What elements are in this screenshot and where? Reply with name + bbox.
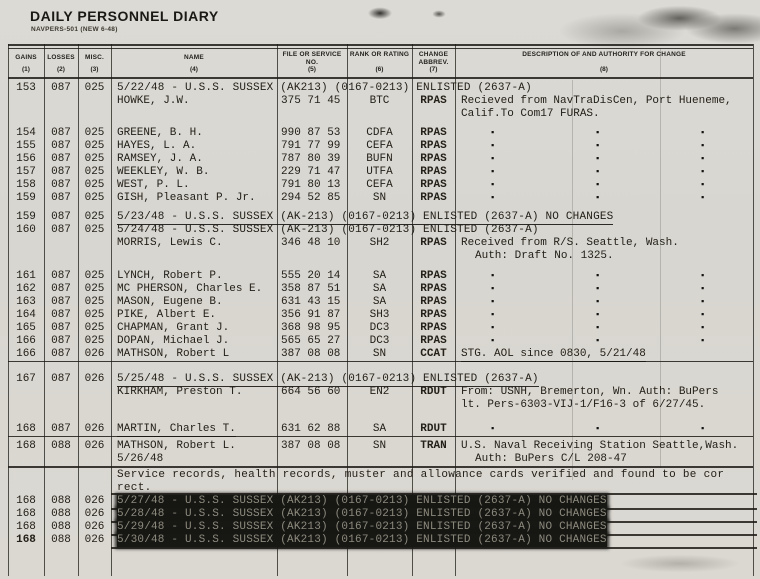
ditto-mark: ▪ — [700, 309, 710, 322]
gain-number: 168 — [8, 534, 44, 547]
section-heading: 5/22/48 - U.S.S. SUSSEX (AK213) (0167-02… — [117, 82, 532, 95]
diary-row: 160 087 025 5/24/48 - U.S.S. SUSSEX (AK-… — [0, 224, 760, 237]
misc-number: 025 — [78, 179, 111, 192]
gain-number: 154 — [8, 127, 44, 140]
service-number: 631 62 88 — [281, 423, 340, 436]
service-number: 358 87 51 — [281, 283, 340, 296]
rank-rating: SA — [347, 270, 412, 283]
rank-rating: CEFA — [347, 179, 412, 192]
gain-number: 168 — [8, 521, 44, 534]
change-abbrev: RPAS — [412, 179, 455, 192]
change-abbrev: RPAS — [412, 237, 455, 250]
person-name: DOPAN, Michael J. — [117, 335, 229, 348]
ditto-mark: ▪ — [595, 153, 605, 166]
person-name: MORRIS, Lewis C. — [117, 237, 223, 250]
gain-number: 155 — [8, 140, 44, 153]
change-description: Recieved from NavTraDisCen, Port Hueneme… — [461, 95, 732, 108]
service-number: 791 77 99 — [281, 140, 340, 153]
loss-number: 087 — [44, 423, 78, 436]
ditto-mark: ▪ — [490, 192, 500, 205]
rank-rating: DC3 — [347, 322, 412, 335]
diary-row: 5/26/48 Auth: BuPers C/L 208-47 — [0, 453, 760, 466]
rank-rating: BTC — [347, 95, 412, 108]
loss-number: 087 — [44, 179, 78, 192]
change-description: Calif.To Com17 FURAS. — [461, 108, 600, 121]
ditto-mark: ▪ — [700, 153, 710, 166]
misc-number: 026 — [78, 423, 111, 436]
ditto-mark: ▪ — [700, 192, 710, 205]
misc-number: 025 — [78, 309, 111, 322]
loss-number: 088 — [44, 534, 78, 547]
gain-number: 166 — [8, 348, 44, 361]
loss-number: 087 — [44, 140, 78, 153]
ditto-mark: ▪ — [700, 283, 710, 296]
diary-row: rect. — [0, 482, 760, 495]
ditto-mark: ▪ — [700, 127, 710, 140]
change-description: U.S. Naval Receiving Station Seattle,Was… — [461, 440, 738, 453]
diary-row: 159 087 025 5/23/48 - U.S.S. SUSSEX (AK-… — [0, 211, 760, 224]
diary-row: 166 087 025 DOPAN, Michael J. 565 65 27 … — [0, 335, 760, 348]
misc-number: 025 — [78, 322, 111, 335]
rank-rating: UTFA — [347, 166, 412, 179]
ditto-mark: ▪ — [490, 283, 500, 296]
service-number: 565 65 27 — [281, 335, 340, 348]
loss-number: 088 — [44, 440, 78, 453]
change-abbrev: RDUT — [412, 423, 455, 436]
person-name: MATHSON, Robert L — [117, 348, 229, 361]
rank-rating: SH2 — [347, 237, 412, 250]
col-header-change-abbrev: CHANGE ABBREV. — [412, 51, 455, 67]
table-border-line — [8, 466, 753, 468]
person-name: MATHSON, Robert L. — [117, 440, 236, 453]
misc-number: 026 — [78, 495, 111, 508]
gain-number: 160 — [8, 224, 44, 237]
misc-number: 025 — [78, 283, 111, 296]
col-header-losses: LOSSES — [44, 54, 78, 62]
diary-row: 161 087 025 LYNCH, Robert P. 555 20 14 S… — [0, 270, 760, 283]
loss-number: 087 — [44, 224, 78, 237]
table-border-line — [8, 77, 753, 79]
service-number: 631 43 15 — [281, 296, 340, 309]
ditto-mark: ▪ — [595, 296, 605, 309]
misc-number: 025 — [78, 82, 111, 95]
rank-rating: SN — [347, 192, 412, 205]
person-name: MARTIN, Charles T. — [117, 423, 236, 437]
change-description: Auth: BuPers C/L 208-47 — [475, 453, 627, 466]
section-heading: 5/29/48 - U.S.S. SUSSEX (AK213) (0167-02… — [117, 521, 607, 534]
ditto-mark: ▪ — [490, 153, 500, 166]
ditto-mark: ▪ — [595, 166, 605, 179]
ditto-mark: ▪ — [700, 423, 710, 436]
form-title: DAILY PERSONNEL DIARY — [30, 8, 219, 24]
ditto-mark: ▪ — [595, 283, 605, 296]
misc-number: 026 — [78, 373, 111, 386]
change-abbrev: RPAS — [412, 192, 455, 205]
diary-row: 167 087 026 5/25/48 - U.S.S. SUSSEX (AK-… — [0, 373, 760, 386]
col-num-losses: (2) — [44, 66, 78, 73]
misc-number: 025 — [78, 296, 111, 309]
ditto-mark: ▪ — [595, 335, 605, 348]
rank-rating: CEFA — [347, 140, 412, 153]
diary-row: 157 087 025 WEEKLEY, W. B. 229 71 47 UTF… — [0, 166, 760, 179]
scan-noise — [426, 6, 452, 22]
change-abbrev: RPAS — [412, 283, 455, 296]
gain-number: 163 — [8, 296, 44, 309]
misc-number: 026 — [78, 348, 111, 361]
person-name: GREENE, B. H. — [117, 127, 203, 140]
section-heading: 5/23/48 - U.S.S. SUSSEX (AK-213) (0167-0… — [117, 211, 613, 225]
gain-number: 159 — [8, 192, 44, 205]
section-heading: 5/30/48 - U.S.S. SUSSEX (AK213) (0167-02… — [117, 534, 607, 547]
diary-row: Auth: Draft No. 1325. — [0, 250, 760, 263]
gain-number: 162 — [8, 283, 44, 296]
service-number: 990 87 53 — [281, 127, 340, 140]
gain-number: 153 — [8, 82, 44, 95]
ditto-mark: ▪ — [490, 179, 500, 192]
col-header-service-no: FILE OR SERVICE NO. — [277, 51, 347, 67]
form-number: NAVPERS-501 (NEW 6-48) — [31, 26, 118, 33]
gain-number: 157 — [8, 166, 44, 179]
change-description: Auth: Draft No. 1325. — [475, 250, 614, 263]
scan-noise — [356, 0, 404, 24]
service-number: 368 98 95 — [281, 322, 340, 335]
diary-row: 158 087 025 WEST, P. L. 791 80 13 CEFA R… — [0, 179, 760, 192]
misc-number: 025 — [78, 192, 111, 205]
rank-rating: SA — [347, 283, 412, 296]
diary-row: 159 087 025 GISH, Pleasant P. Jr. 294 52… — [0, 192, 760, 205]
misc-number: 025 — [78, 153, 111, 166]
col-num-gains: (1) — [8, 66, 44, 73]
ditto-mark: ▪ — [490, 127, 500, 140]
diary-row: Service records, health records, muster … — [0, 469, 760, 482]
col-header-gains: GAINS — [8, 54, 44, 62]
diary-row: KIRKHAM, Preston T. 664 56 60 EN2 RDUT F… — [0, 386, 760, 399]
change-abbrev: RPAS — [412, 127, 455, 140]
loss-number: 088 — [44, 521, 78, 534]
scanned-daily-personnel-diary: DAILY PERSONNEL DIARY NAVPERS-501 (NEW 6… — [0, 0, 760, 579]
ditto-mark: ▪ — [595, 309, 605, 322]
diary-row: 156 087 025 RAMSEY, J. A. 787 80 39 BUFN… — [0, 153, 760, 166]
ditto-mark: ▪ — [595, 140, 605, 153]
loss-number: 088 — [44, 508, 78, 521]
change-description: Received from R/S. Seattle, Wash. — [461, 237, 679, 250]
loss-number: 087 — [44, 153, 78, 166]
ditto-mark: ▪ — [595, 270, 605, 283]
person-name: GISH, Pleasant P. Jr. — [117, 192, 256, 205]
gain-number: 168 — [8, 495, 44, 508]
person-name: CHAPMAN, Grant J. — [117, 322, 229, 335]
ditto-mark: ▪ — [490, 270, 500, 283]
service-number: 387 08 08 — [281, 440, 340, 453]
loss-number: 087 — [44, 82, 78, 95]
diary-row: HOWKE, J.W. 375 71 45 BTC RPAS Recieved … — [0, 95, 760, 108]
misc-number: 025 — [78, 211, 111, 224]
gain-number: 165 — [8, 322, 44, 335]
rank-rating: SN — [347, 440, 412, 453]
ditto-mark: ▪ — [700, 322, 710, 335]
misc-number: 025 — [78, 224, 111, 237]
rank-rating: DC3 — [347, 335, 412, 348]
person-name: HAYES, L. A. — [117, 140, 196, 153]
person-name: WEEKLEY, W. B. — [117, 166, 209, 179]
diary-row: 168 088 026 5/29/48 - U.S.S. SUSSEX (AK2… — [0, 521, 760, 534]
change-abbrev: RPAS — [412, 322, 455, 335]
gain-number: 168 — [8, 508, 44, 521]
verification-note: rect. — [117, 482, 152, 496]
scan-noise — [600, 548, 760, 579]
col-header-misc: MISC. — [78, 54, 111, 62]
change-description: From: USNH, Bremerton, Wn. Auth: BuPers — [461, 386, 718, 399]
misc-number: 026 — [78, 521, 111, 534]
diary-row: lt. Pers-6303-VIJ-1/F16-3 of 6/27/45. — [0, 399, 760, 412]
loss-number: 087 — [44, 211, 78, 224]
change-description: STG. AOL since 0830, 5/21/48 — [461, 348, 646, 362]
loss-number: 087 — [44, 127, 78, 140]
service-number: 664 56 60 — [281, 386, 340, 399]
ditto-mark: ▪ — [595, 192, 605, 205]
loss-number: 087 — [44, 166, 78, 179]
service-number: 787 80 39 — [281, 153, 340, 166]
col-header-rank: RANK OR RATING — [347, 51, 412, 59]
loss-number: 087 — [44, 296, 78, 309]
col-num-misc: (3) — [78, 66, 111, 73]
col-num-name: (4) — [111, 66, 277, 73]
change-abbrev: CCAT — [412, 348, 455, 361]
ditto-mark: ▪ — [595, 127, 605, 140]
misc-number: 025 — [78, 166, 111, 179]
table-border-line — [111, 547, 757, 549]
ditto-mark: ▪ — [700, 140, 710, 153]
gain-number: 168 — [8, 423, 44, 436]
section-heading: 5/28/48 - U.S.S. SUSSEX (AK213) (0167-02… — [117, 508, 607, 521]
ditto-mark: ▪ — [490, 166, 500, 179]
misc-number: 026 — [78, 440, 111, 453]
ditto-mark: ▪ — [700, 179, 710, 192]
change-abbrev: RPAS — [412, 296, 455, 309]
loss-number: 087 — [44, 373, 78, 386]
col-num-description: (8) — [455, 66, 753, 73]
section-heading: 5/27/48 - U.S.S. SUSSEX (AK213) (0167-02… — [117, 495, 607, 508]
service-number: 356 91 87 — [281, 309, 340, 322]
change-abbrev: RPAS — [412, 309, 455, 322]
misc-number: 025 — [78, 140, 111, 153]
change-abbrev: RPAS — [412, 153, 455, 166]
person-name: RAMSEY, J. A. — [117, 153, 203, 166]
misc-number: 026 — [78, 508, 111, 521]
col-header-description: DESCRIPTION OF AND AUTHORITY FOR CHANGE — [455, 51, 753, 59]
loss-number: 088 — [44, 495, 78, 508]
person-name: MASON, Eugene B. — [117, 296, 223, 309]
misc-number: 025 — [78, 335, 111, 348]
diary-row: 163 087 025 MASON, Eugene B. 631 43 15 S… — [0, 296, 760, 309]
ditto-mark: ▪ — [595, 423, 605, 436]
diary-row: 168 087 026 MARTIN, Charles T. 631 62 88… — [0, 423, 760, 436]
diary-row: 162 087 025 MC PHERSON, Charles E. 358 8… — [0, 283, 760, 296]
service-number: 229 71 47 — [281, 166, 340, 179]
table-border-line — [8, 44, 753, 46]
change-abbrev: RPAS — [412, 95, 455, 108]
person-name: WEST, P. L. — [117, 179, 190, 192]
gain-number: 156 — [8, 153, 44, 166]
col-num-service-no: (5) — [277, 66, 347, 73]
ditto-mark: ▪ — [490, 309, 500, 322]
col-num-change-abbrev: (7) — [412, 66, 455, 73]
gain-number: 166 — [8, 335, 44, 348]
diary-row: 154 087 025 GREENE, B. H. 990 87 53 CDFA… — [0, 127, 760, 140]
rank-rating: EN2 — [347, 386, 412, 399]
misc-number: 026 — [78, 534, 111, 547]
ditto-mark: ▪ — [490, 322, 500, 335]
diary-row: 168 088 026 5/27/48 - U.S.S. SUSSEX (AK2… — [0, 495, 760, 508]
change-abbrev: RPAS — [412, 140, 455, 153]
change-abbrev: RPAS — [412, 335, 455, 348]
loss-number: 087 — [44, 335, 78, 348]
person-name: KIRKHAM, Preston T. — [117, 386, 242, 399]
diary-row: 164 087 025 PIKE, Albert E. 356 91 87 SH… — [0, 309, 760, 322]
rank-rating: CDFA — [347, 127, 412, 140]
person-name: PIKE, Albert E. — [117, 309, 216, 322]
person-name: HOWKE, J.W. — [117, 95, 190, 108]
ditto-mark: ▪ — [700, 335, 710, 348]
ditto-mark: ▪ — [700, 296, 710, 309]
diary-row: 165 087 025 CHAPMAN, Grant J. 368 98 95 … — [0, 322, 760, 335]
change-abbrev: TRAN — [412, 440, 455, 453]
change-description: lt. Pers-6303-VIJ-1/F16-3 of 6/27/45. — [461, 399, 705, 412]
gain-number: 159 — [8, 211, 44, 224]
misc-number: 025 — [78, 127, 111, 140]
gain-number: 167 — [8, 373, 44, 386]
change-abbrev: RPAS — [412, 270, 455, 283]
ditto-mark: ▪ — [490, 335, 500, 348]
service-number: 294 52 85 — [281, 192, 340, 205]
misc-number: 025 — [78, 270, 111, 283]
service-number: 375 71 45 — [281, 95, 340, 108]
service-number: 791 80 13 — [281, 179, 340, 192]
loss-number: 087 — [44, 309, 78, 322]
ditto-mark: ▪ — [595, 179, 605, 192]
ditto-mark: ▪ — [595, 322, 605, 335]
rank-rating: BUFN — [347, 153, 412, 166]
ditto-mark: ▪ — [700, 270, 710, 283]
section-heading: 5/24/48 - U.S.S. SUSSEX (AK-213) (0167-0… — [117, 224, 539, 237]
section-heading: 5/25/48 - U.S.S. SUSSEX (AK-213) (0167-0… — [117, 373, 539, 387]
diary-row: Calif.To Com17 FURAS. — [0, 108, 760, 121]
table-border-line — [8, 48, 753, 49]
rank-rating: SH3 — [347, 309, 412, 322]
ditto-mark: ▪ — [700, 166, 710, 179]
gain-number: 161 — [8, 270, 44, 283]
diary-row: 168 088 026 5/28/48 - U.S.S. SUSSEX (AK2… — [0, 508, 760, 521]
service-number: 555 20 14 — [281, 270, 340, 283]
diary-row: 153 087 025 5/22/48 - U.S.S. SUSSEX (AK2… — [0, 82, 760, 95]
loss-number: 087 — [44, 192, 78, 205]
person-name: LYNCH, Robert P. — [117, 270, 223, 283]
rank-rating: SN — [347, 348, 412, 361]
rank-rating: SA — [347, 296, 412, 309]
col-header-name: NAME — [111, 54, 277, 62]
diary-row: 168 088 026 5/30/48 - U.S.S. SUSSEX (AK2… — [0, 534, 760, 547]
loss-number: 087 — [44, 270, 78, 283]
loss-number: 087 — [44, 348, 78, 361]
diary-row: MORRIS, Lewis C. 346 48 10 SH2 RPAS Rece… — [0, 237, 760, 250]
person-name: MC PHERSON, Charles E. — [117, 283, 262, 296]
loss-number: 087 — [44, 283, 78, 296]
diary-row: 168 088 026 MATHSON, Robert L. 387 08 08… — [0, 440, 760, 453]
verification-note: Service records, health records, muster … — [117, 469, 724, 482]
change-abbrev: RPAS — [412, 166, 455, 179]
ditto-mark: ▪ — [490, 296, 500, 309]
entry-date: 5/26/48 — [117, 453, 163, 466]
gain-number: 168 — [8, 440, 44, 453]
diary-row: 155 087 025 HAYES, L. A. 791 77 99 CEFA … — [0, 140, 760, 153]
service-number: 387 08 08 — [281, 348, 340, 361]
ditto-mark: ▪ — [490, 140, 500, 153]
ditto-mark: ▪ — [490, 423, 500, 436]
change-abbrev: RDUT — [412, 386, 455, 399]
gain-number: 164 — [8, 309, 44, 322]
service-number: 346 48 10 — [281, 237, 340, 250]
col-num-rank: (6) — [347, 66, 412, 73]
gain-number: 158 — [8, 179, 44, 192]
diary-row: 166 087 026 MATHSON, Robert L 387 08 08 … — [0, 348, 760, 361]
loss-number: 087 — [44, 322, 78, 335]
rank-rating: SA — [347, 423, 412, 436]
